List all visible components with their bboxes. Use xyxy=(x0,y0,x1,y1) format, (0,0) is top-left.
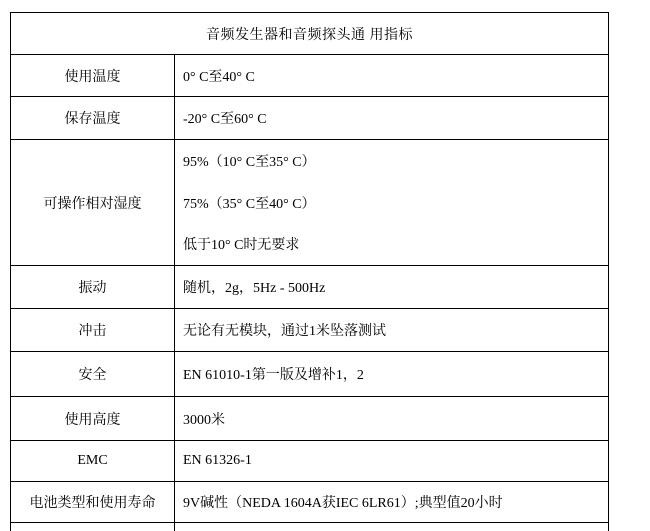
row-value: 随机，2g，5Hz - 500Hz xyxy=(175,266,608,308)
row-value: EN 61010-1第一版及增补1，2 xyxy=(175,352,608,396)
table-row: 使用高度 3000米 xyxy=(11,397,608,441)
row-value: EN 61326-1 xyxy=(175,441,608,481)
table-row: EMC EN 61326-1 xyxy=(11,441,608,482)
row-label: EMC xyxy=(11,441,175,481)
spec-table: 音频发生器和音频探头通 用指标 使用温度 0° C至40° C 保存温度 -20… xyxy=(10,12,609,531)
row-label: 振动 xyxy=(11,266,175,308)
table-row: 可操作相对湿度 95%（10° C至35° C） 75%（35° C至40° C… xyxy=(11,140,608,266)
row-label: 保存温度 xyxy=(11,97,175,139)
row-value: 0° C至40° C xyxy=(175,55,608,96)
row-label: 使用温度 xyxy=(11,55,175,96)
row-value: 3000米 xyxy=(175,397,608,440)
value-line: 低于10° C时无要求 xyxy=(175,223,608,265)
table-title: 音频发生器和音频探头通 用指标 xyxy=(206,24,413,44)
row-label: 可操作相对湿度 xyxy=(11,140,175,265)
table-title-row: 音频发生器和音频探头通 用指标 xyxy=(11,13,608,55)
value-line: 75%（35° C至40° C） xyxy=(175,182,608,224)
table-row: 振动 随机，2g，5Hz - 500Hz xyxy=(11,266,608,309)
cutoff-row-stub xyxy=(11,523,608,531)
row-value xyxy=(175,523,608,531)
table-row: 保存温度 -20° C至60° C xyxy=(11,97,608,140)
table-row: 电池类型和使用寿命 9V碱性（NEDA 1604A获IEC 6LR61）;典型值… xyxy=(11,482,608,523)
row-label xyxy=(11,523,175,531)
row-value: 95%（10° C至35° C） 75%（35° C至40° C） 低于10° … xyxy=(175,140,608,265)
value-line: 95%（10° C至35° C） xyxy=(175,140,608,182)
table-row: 使用温度 0° C至40° C xyxy=(11,55,608,97)
row-value: 无论有无模块，通过1米坠落测试 xyxy=(175,309,608,351)
row-label: 冲击 xyxy=(11,309,175,351)
table-row: 安全 EN 61010-1第一版及增补1，2 xyxy=(11,352,608,397)
row-value: -20° C至60° C xyxy=(175,97,608,139)
table-row: 冲击 无论有无模块，通过1米坠落测试 xyxy=(11,309,608,352)
row-label: 使用高度 xyxy=(11,397,175,440)
row-label: 电池类型和使用寿命 xyxy=(11,482,175,522)
row-label: 安全 xyxy=(11,352,175,396)
row-value: 9V碱性（NEDA 1604A获IEC 6LR61）;典型值20小时 xyxy=(175,482,608,522)
